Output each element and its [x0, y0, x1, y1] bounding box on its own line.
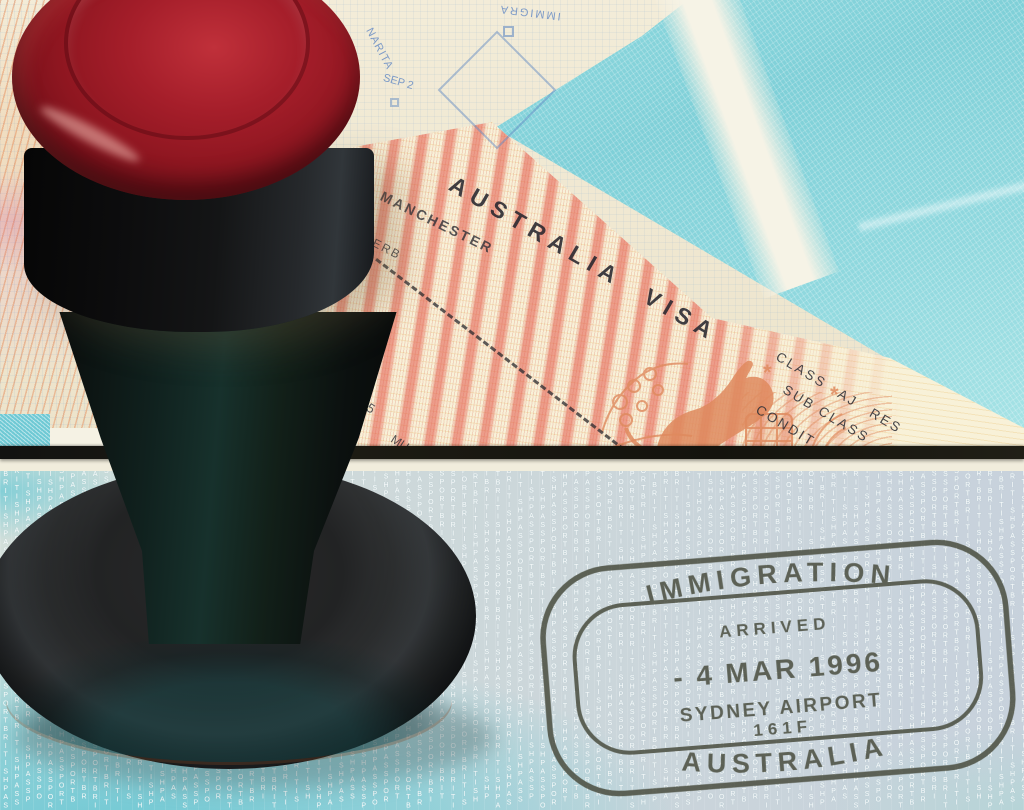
page-fold-line	[0, 446, 1024, 459]
visa-star-mark: *	[830, 382, 839, 408]
passport-photo-scene: AUSTRALIA VISA MANCHESTER HERB 0NOV95 MU…	[0, 0, 1024, 810]
narita-kanji-mark	[503, 26, 514, 37]
stamp-status-text: ARRIVED	[718, 614, 831, 642]
stamp-code-text: 161F	[753, 717, 813, 741]
narita-kanji-mark	[390, 98, 399, 107]
narita-date-fragment: SEP 2	[382, 72, 415, 92]
microtext-column: ITISHPASSPORTBRITISHPASSPORTBRITISHPASSP…	[526, 471, 537, 801]
aqua-page-corner	[0, 414, 50, 448]
visa-star-mark: *	[763, 360, 772, 386]
page-white-strip	[0, 428, 348, 448]
arrival-stamp: IMMIGRATION ARRIVED - 4 MAR 1996 SYDNEY …	[533, 533, 1022, 805]
microtext-column: BRITISHPASSPORTBRITISHPASSPORTBRITISHPAS…	[503, 471, 514, 807]
stamp-date-text: - 4 MAR 1996	[672, 646, 884, 693]
microtext-column: RITISHPASSPORTBRITISHPASSPORTBRITISHPASS…	[515, 471, 526, 804]
narita-immigration-fragment: IMMIGRA	[498, 2, 561, 22]
microtext-column: BRITISHPASSPORTBRITISHPASSPORTBRITISHPAS…	[0, 471, 11, 810]
passport-upper-page: AUSTRALIA VISA MANCHESTER HERB 0NOV95 MU…	[0, 0, 1024, 460]
arrival-stamp-svg: IMMIGRATION ARRIVED - 4 MAR 1996 SYDNEY …	[533, 533, 1022, 805]
narita-port-text: NARITA	[363, 26, 395, 72]
microtext-column: RITISHPASSPORTBRITISHPASSPORTBRITISHPASS…	[11, 471, 22, 807]
stamp-header-text: IMMIGRATION	[642, 549, 900, 610]
microtext-column: TBRITISHPASSPORTBRITISHPASSPORTBRITISHPA…	[492, 471, 503, 810]
stamp-cast-shadow	[15, 688, 495, 788]
guilloche-pattern	[0, 0, 120, 460]
